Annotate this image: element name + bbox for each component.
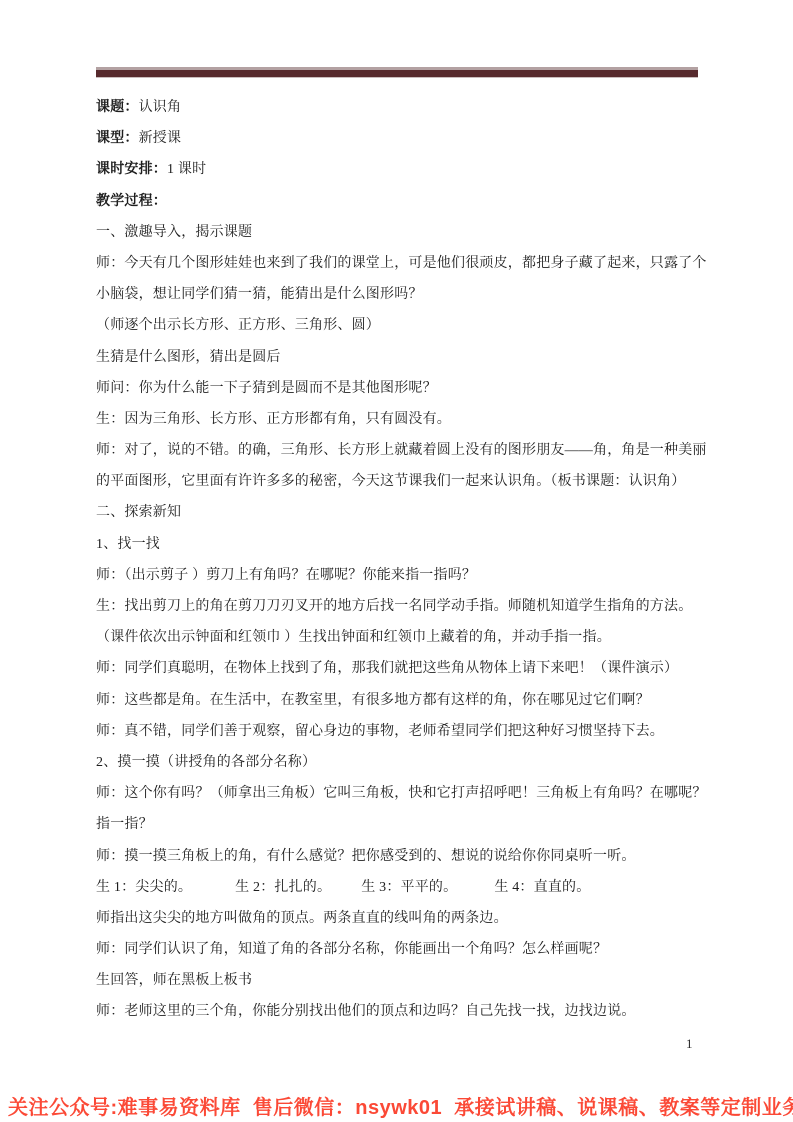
student-answer: 生 2：扎扎的。 xyxy=(235,872,331,903)
text-line: 课型：新授课 xyxy=(96,123,736,154)
text-line: 师：同学们认识了角，知道了角的各部分名称，你能画出一个角吗？怎么样画呢？ xyxy=(96,934,736,965)
text-line: 一、激趣导入，揭示课题 xyxy=(96,217,736,248)
meta-value: 1 课时 xyxy=(167,162,206,177)
text-line: 小脑袋，想让同学们猜一猜，能猜出是什么图形吗？ xyxy=(96,279,736,310)
student-answer: 生 1：尖尖的。 xyxy=(96,872,192,903)
document-page: 课题：认识角课型：新授课课时安排：1 课时教学过程：一、激趣导入，揭示课题师：今… xyxy=(0,0,793,1122)
text-line: 师：摸一摸三角板上的角，有什么感觉？把你感受到的、想说的说给你你同桌听一听。 xyxy=(96,841,736,872)
text-line: 师：这些都是角。在生活中，在教室里，有很多地方都有这样的角，你在哪见过它们啊？ xyxy=(96,685,736,716)
text-line: 师：真不错，同学们善于观察，留心身边的事物，老师希望同学们把这种好习惯坚持下去。 xyxy=(96,716,736,747)
meta-label: 课时安排： xyxy=(96,162,167,177)
text-line: 师：这个你有吗？（师拿出三角板）它叫三角板，快和它打声招呼吧！三角板上有角吗？在… xyxy=(96,778,736,809)
text-line: 生：因为三角形、长方形、正方形都有角，只有圆没有。 xyxy=(96,404,736,435)
text-line: 指一指？ xyxy=(96,809,736,840)
promo-footer-text: 关注公众号:难事易资料库 售后微信：nsywk01 承接试讲稿、说课稿、教案等定… xyxy=(0,1091,793,1120)
text-line: 的平面图形，它里面有许许多多的秘密，今天这节课我们一起来认识角。（板书课题：认识… xyxy=(96,466,736,497)
text-line: 师问：你为什么能一下子猜到是圆而不是其他图形呢？ xyxy=(96,373,736,404)
meta-value: 认识角 xyxy=(139,100,182,115)
header-rule-divider xyxy=(96,67,698,78)
text-line: 师：今天有几个图形娃娃也来到了我们的课堂上，可是他们很顽皮，都把身子藏了起来，只… xyxy=(96,248,736,279)
text-line: 师：同学们真聪明，在物体上找到了角，那我们就把这些角从物体上请下来吧！（课件演示… xyxy=(96,653,736,684)
text-line: 课题：认识角 xyxy=(96,92,736,123)
text-line: 师：老师这里的三个角，你能分别找出他们的顶点和边吗？自己先找一找，边找边说。 xyxy=(96,996,736,1027)
meta-value: 新授课 xyxy=(139,131,182,146)
document-lines: 课题：认识角课型：新授课课时安排：1 课时教学过程：一、激趣导入，揭示课题师：今… xyxy=(96,92,736,1028)
text-line: 师：对了，说的不错。的确，三角形、长方形上就藏着圆上没有的图形朋友——角，角是一… xyxy=(96,435,736,466)
student-answer: 生 3：平平的。 xyxy=(361,872,457,903)
text-line: （师逐个出示长方形、正方形、三角形、圆） xyxy=(96,310,736,341)
text-line: 生猜是什么图形，猜出是圆后 xyxy=(96,342,736,373)
text-line: 师指出这尖尖的地方叫做角的顶点。两条直直的线叫角的两条边。 xyxy=(96,903,736,934)
page-number: 1 xyxy=(686,1036,693,1052)
student-answers-line: 生 1：尖尖的。生 2：扎扎的。生 3：平平的。生 4：直直的。 xyxy=(96,872,736,903)
text-line: 生回答，师在黑板上板书 xyxy=(96,965,736,996)
text-line: 1、找一找 xyxy=(96,529,736,560)
meta-label: 课型： xyxy=(96,131,139,146)
text-line: 2、摸一摸（讲授角的各部分名称） xyxy=(96,747,736,778)
text-line: 教学过程： xyxy=(96,186,736,217)
meta-label: 课题： xyxy=(96,100,139,115)
text-line: 师：（出示剪子 ）剪刀上有角吗？在哪呢？你能来指一指吗？ xyxy=(96,560,736,591)
text-line: 二、探索新知 xyxy=(96,497,736,528)
text-line: （课件依次出示钟面和红领巾 ）生找出钟面和红领巾上藏着的角，并动手指一指。 xyxy=(96,622,736,653)
text-line: 生：找出剪刀上的角在剪刀刀刃叉开的地方后找一名同学动手指。师随机知道学生指角的方… xyxy=(96,591,736,622)
student-answer: 生 4：直直的。 xyxy=(494,872,590,903)
text-line: 课时安排：1 课时 xyxy=(96,154,736,185)
